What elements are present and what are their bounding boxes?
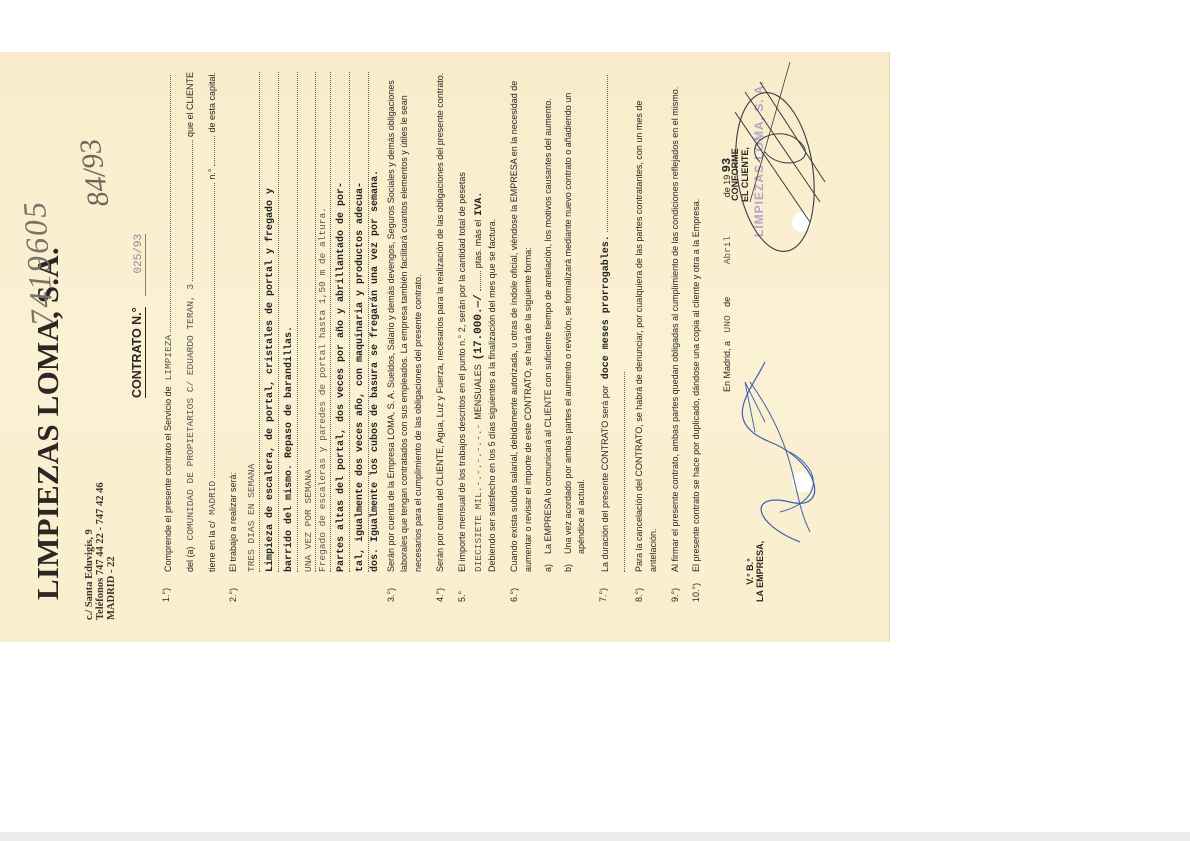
clause-text: MENSUALES: [472, 364, 486, 420]
clause-number: 3.°): [385, 588, 399, 602]
clause-text: Serán por cuenta del CLIENTE, Agua, Luz …: [435, 73, 445, 572]
handwritten-ledger-number: 7419605: [16, 199, 62, 327]
clause-4: 4.°) Serán por cuenta del CLIENTE, Agua,…: [434, 72, 448, 602]
clause-text: ptas. más el: [472, 220, 486, 269]
address-city: MADRID - 22: [106, 482, 117, 620]
company-signature: [730, 352, 830, 552]
client-signature: [720, 52, 840, 262]
clause-3: 3.°) Serán por cuenta de la Empresa LOMA…: [385, 72, 426, 602]
work-line: UNA VEZ POR SEMANA: [302, 72, 317, 572]
clause-text: La duración del presente CONTRATO será p…: [599, 385, 613, 572]
sub-label: b): [562, 564, 576, 572]
clause-number: 10.°): [690, 583, 704, 602]
clause-text: Comprende el presente contrato el Servic…: [162, 386, 176, 572]
clause-text: tiene en la c/: [206, 521, 220, 572]
tax-value: IVA.: [473, 192, 487, 216]
clause-7: 7.°) La duración del presente CONTRATO s…: [597, 72, 625, 602]
clause-number: 7.°): [597, 588, 611, 602]
sub-label: a): [542, 564, 556, 572]
clause-number: 9.°): [669, 588, 683, 602]
handwritten-date: 84/93: [73, 137, 116, 209]
clause-text: Debiendo ser satisfecho en los 5 días si…: [486, 72, 500, 572]
work-line: TRES DIAS EN SEMANA: [245, 72, 260, 572]
clause-9: 9.°) Al firmar el presente contrato, amb…: [669, 72, 683, 602]
clause-number: 6.°): [508, 588, 522, 602]
clause-6: 6.°) Cuando exista subida salarial, debi…: [508, 72, 589, 602]
work-line: Limpieza de escalera, de portal, cristal…: [264, 72, 279, 572]
contract-body: 1.°) Comprende el presente contrato el S…: [160, 72, 712, 602]
clause-text: Serán por cuenta de la Empresa LOMA, S. …: [386, 80, 424, 572]
clause-text: del (a): [184, 546, 198, 572]
date-text: de: [722, 297, 732, 307]
contract-page: LIMPIEZAS LOMA, S.A. 7419605 84/93 c./ S…: [0, 52, 888, 642]
amount-words: DIECISIETE MIL.-.-.-.-.-.-: [472, 424, 486, 572]
work-line: tal, igualmente dos veces año, con maqui…: [354, 72, 369, 572]
contract-title: CONTRATO N.°: [130, 307, 146, 398]
clause-text: Una vez acordado por ambas partes el aum…: [563, 93, 587, 554]
clause-text: La EMPRESA lo comunicará al CLIENTE con …: [543, 98, 553, 554]
scanner-edge: [0, 832, 1190, 841]
service-value: LIMPIEZA: [162, 335, 176, 381]
date-day: UNO: [722, 315, 733, 332]
clause-6a: a) La EMPRESA lo comunicará al CLIENTE c…: [542, 72, 556, 572]
client-value: COMUNIDAD DE PROPIETARIOS C/ EDUARDO TER…: [184, 284, 198, 541]
clause-8: 8.°) Para la cancelación del CONTRATO, s…: [633, 72, 661, 602]
clause-text: n.°: [206, 169, 220, 180]
clause-2: 2.°) El trabajo a realizar será: TRES DI…: [227, 72, 382, 602]
clause-text: El importe mensual de los trabajos descr…: [456, 72, 470, 572]
clause-text: de esta capital.: [206, 72, 220, 133]
work-line: barrido del mismo. Repaso de barandillas…: [283, 72, 298, 572]
work-line: Fregado de escaleras y paredes de portal…: [316, 72, 331, 572]
clause-6b: b) Una vez acordado por ambas partes el …: [562, 72, 590, 572]
work-line: Partes altas del portal, dos veces por a…: [335, 72, 350, 572]
contract-number: 025/93: [133, 234, 146, 296]
clause-number: 5.°: [456, 591, 470, 602]
clause-number: 2.°): [227, 588, 241, 602]
clause-text: Para la cancelación del CONTRATO, se hab…: [634, 101, 658, 572]
work-line: dos. Igualmente los cubos de basura se f…: [369, 72, 383, 572]
clause-text: que el CLIENTE: [184, 72, 198, 137]
clause-1: 1.°) Comprende el presente contrato el S…: [160, 72, 219, 602]
amount-figure: (17.000.—/: [473, 294, 487, 360]
clause-5: 5.° El importe mensual de los trabajos d…: [456, 72, 500, 602]
clause-text: El trabajo a realizar será:: [227, 72, 241, 572]
address-phones: Teléfonos 747 44 22 - 747 42 46: [95, 482, 106, 620]
clause-number: 4.°): [434, 588, 448, 602]
clause-text: Al firmar el presente contrato, ambas pa…: [670, 87, 680, 572]
contract-heading: CONTRATO N.° 025/93: [130, 234, 146, 398]
clause-number: 8.°): [633, 588, 647, 602]
duration-value: doce meses prorrogables.: [600, 235, 614, 379]
company-address: c./ Santa Eduvigis, 9 Teléfonos 747 44 2…: [84, 482, 117, 620]
street-value: MADRID: [206, 481, 220, 515]
clause-text: Cuando exista subida salarial, debidamen…: [509, 81, 533, 572]
address-street: c./ Santa Eduvigis, 9: [84, 482, 95, 620]
clause-10: 10.°) El presente contrato se hace por d…: [690, 72, 704, 602]
clause-number: 1.°): [160, 588, 174, 602]
clause-text: El presente contrato se hace por duplica…: [691, 199, 701, 572]
